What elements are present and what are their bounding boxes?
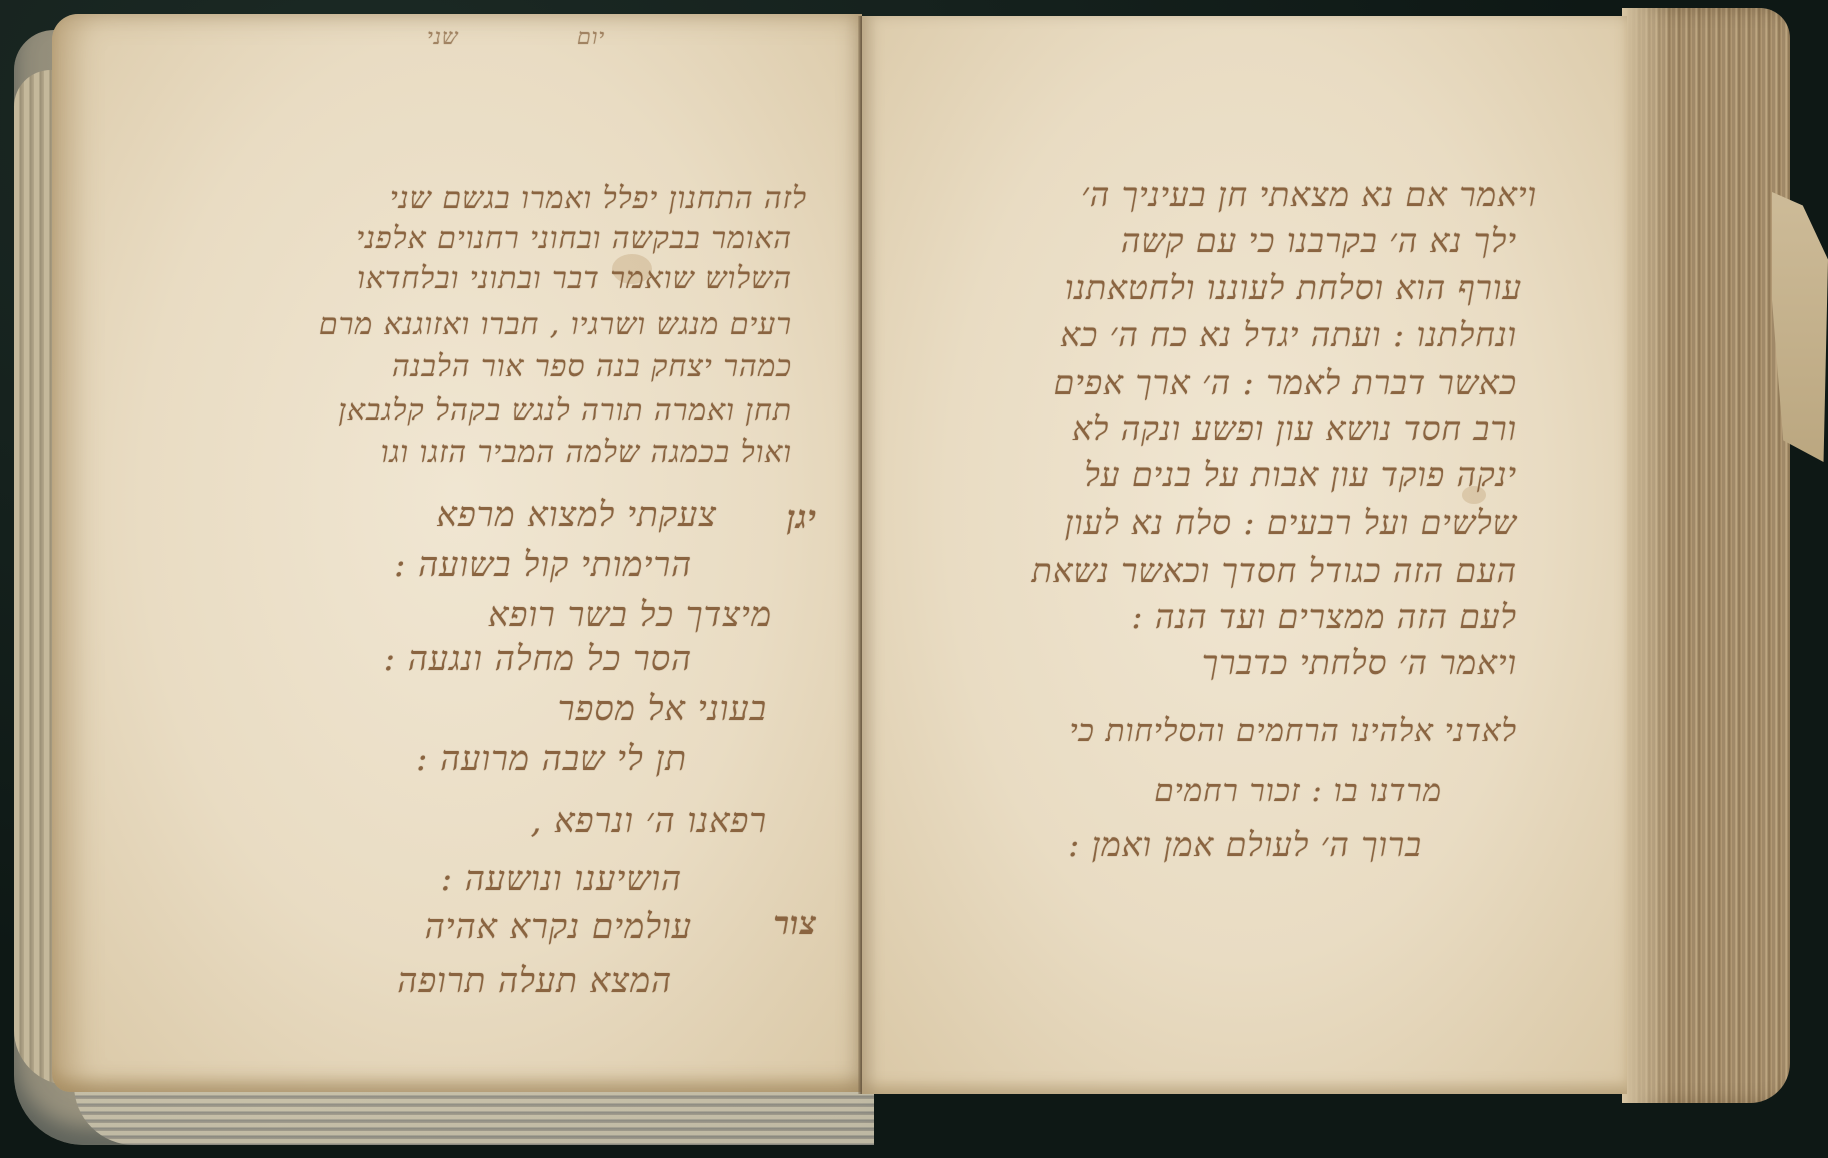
margin-mark-yagen: יגן: [787, 498, 817, 536]
text-line: ילך נא ה׳ בקרבנו כי עם קשה: [1121, 224, 1517, 257]
text-line: ויאמר ה׳ סלחתי כדברך: [1202, 646, 1517, 679]
verse-line: הסר כל מחלה ונגעה :: [384, 642, 692, 676]
verse-line: בעוני אל מספר: [558, 692, 767, 726]
verse-line: הושיענו ונושעה :: [441, 862, 682, 896]
margin-mark-tzur: צור: [773, 904, 817, 942]
text-line: העם הזה כגודל חסדך וכאשר נשאת: [1032, 554, 1517, 587]
intro-line: השלוש שואמר דבר ובתוני ובלחדאו: [357, 264, 792, 294]
text-line: לעם הזה ממצרים ועד הנה :: [1131, 600, 1517, 633]
text-line: ורב חסד נושא עון ופשע ונקה לא: [1072, 412, 1517, 445]
verse-line: המצא תעלה תרופה: [397, 964, 672, 998]
verse-line: תן לי שבה מרועה :: [416, 742, 687, 776]
verse-line: צעקתי למצוא מרפא: [436, 498, 717, 532]
verse-line: עולמים נקרא אהיה: [425, 910, 692, 944]
intro-line: האומר בבקשה ובחוני רחנוים אלפני: [356, 224, 792, 254]
text-line: ינקה פוקד עון אבות על בנים על: [1084, 458, 1517, 491]
text-line: ויאמר אם נא מצאתי חן בעיניך ה׳: [1081, 178, 1537, 211]
right-page: ויאמר אם נא מצאתי חן בעיניך ה׳ ילך נא ה׳…: [862, 16, 1627, 1094]
running-head-second: שני: [427, 24, 459, 50]
text-line: שלשים ועל רבעים : סלח נא לעון: [1065, 506, 1517, 539]
text-line: לאדני אלהינו הרחמים והסליחות כי: [1069, 716, 1517, 747]
verse-line: הרימותי קול בשועה :: [394, 548, 692, 582]
text-line: כאשר דברת לאמר : ה׳ ארך אפים: [1054, 366, 1517, 399]
intro-line: לזה התחנון יפלל ואמרו בגשם שני: [390, 184, 807, 214]
intro-line: רעים מנגש ושרגיו , חברו ואזוגנא מרם: [319, 310, 792, 340]
text-line: מרדנו בו : זכור רחמים: [1154, 776, 1442, 807]
text-line: עורף הוא וסלחת לעוננו ולחטאתנו: [1065, 271, 1522, 304]
verse-line: מיצדך כל בשר רופא: [488, 598, 772, 632]
intro-line: ואול בכמגה שלמה המביר הזגו וגו: [381, 438, 792, 468]
running-head-first: יום: [577, 24, 605, 50]
intro-line: תחן ואמרה תורה לנגש בקהל קלגבאן: [338, 396, 792, 426]
left-page: שני יום לזה התחנון יפלל ואמרו בגשם שני ה…: [52, 14, 862, 1092]
right-fore-edge: [1622, 8, 1790, 1103]
text-line: ברוך ה׳ לעולם אמן ואמן :: [1068, 828, 1422, 861]
verse-line: רפאנו ה׳ ונרפא ,: [531, 804, 767, 838]
text-line: ונחלתנו : ועתה יגדל נא כח ה׳ כא: [1060, 318, 1517, 351]
bottom-page-edges: [74, 1083, 874, 1145]
intro-line: כמהר יצחק בנה ספר אור הלבנה: [392, 352, 792, 382]
